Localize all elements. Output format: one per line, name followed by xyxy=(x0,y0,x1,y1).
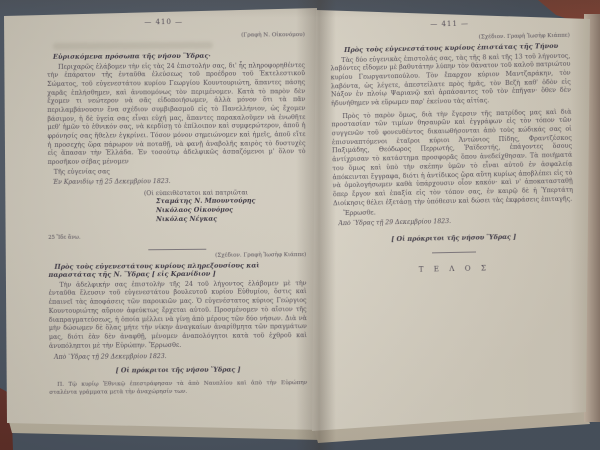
left-page-number: — 410 — xyxy=(47,17,305,27)
left-attribution: (Γραφὴ Ν. Οἰκονόμου) xyxy=(47,32,305,40)
section-divider-rule xyxy=(148,248,206,249)
right-body-paragraph-2: Πρὸς τὸ παρὸν ὅμως, διὰ τὴν ἔγερσιν τῆς … xyxy=(331,108,573,208)
left-section2-body: Τὴν ἀδελφικήν σας ἐπιστολὴν τῆς 24 τοῦ λ… xyxy=(49,280,307,351)
left-page-content: — 410 — (Γραφὴ Ν. Οἰκονόμου) Εὑρισκόμενα… xyxy=(47,17,308,398)
left-section2-attribution: (Σχέδιον. Γραφὴ Ἰωσὴφ Κιάππε) xyxy=(48,252,306,260)
faded-stamp-smudge xyxy=(53,42,213,50)
left-section2-signature-line: [ Οἱ πρόκριτοι τῆς νήσου Ὕδρας ] xyxy=(49,365,307,375)
left-section1-body: Περιχαρῶς ἐλάβομεν τὴν εἰς τὰς 24 ἐπιστο… xyxy=(47,62,306,168)
right-body-paragraph-1: Τὰς δύο εὐγενικὰς ἐπιστολάς σας, τὰς τῆς… xyxy=(330,52,571,109)
book-photo: — 410 — (Γραφὴ Ν. Οἰκονόμου) Εὑρισκόμενα… xyxy=(0,0,600,450)
left-section1-heading: Εὑρισκόμενα πρόσωπα τῆς νήσου Ὕδρας· xyxy=(47,51,305,61)
right-dateline: Ἀπὸ Ὕδρας τῇ 29 Δεκεμβρίου 1823. xyxy=(338,216,573,228)
right-signature-line: [ Οἱ πρόκριτοι τῆς νήσου Ὕδρας ] xyxy=(334,232,574,245)
signature-name: Νικόλας Νέγκας xyxy=(156,214,306,224)
left-postscript: Π. Τῷ κυρίῳ Ἐθνικῷ ἐπεστράφησαν τὰ ἀπὸ Ν… xyxy=(49,380,307,398)
left-section2-heading: Πρὸς τοὺς εὐγενεστάτους κυρίους πληρεξου… xyxy=(48,261,306,280)
end-divider-rule xyxy=(432,252,476,254)
left-footnote: 25 Ἴδε ἄνω. xyxy=(48,233,306,241)
right-page-content: — 411 — (Σχέδιον. Γραφὴ Ἰωσὴφ Κιάππε) Πρ… xyxy=(330,18,575,276)
left-section2-dateline: Ἀπὸ Ὕδρας τῇ 29 Δεκεμβρίου 1823. xyxy=(54,352,307,361)
left-section1-dateline: Ἐν Κρανιδίῳ τῇ 25 Δεκεμβρίου 1823. xyxy=(53,177,306,186)
left-section1-closing: Τῆς εὐγενίας σας xyxy=(54,167,306,176)
